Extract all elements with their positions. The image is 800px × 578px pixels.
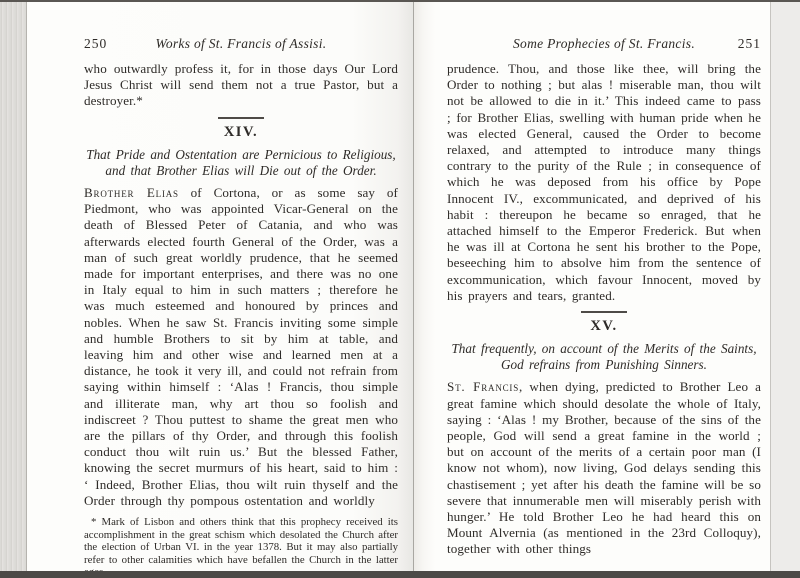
right-page-number: 251 — [717, 36, 761, 52]
chapter-number-xiv: XIV. — [84, 124, 398, 141]
book-scan-spread: 250 Works of St. Francis of Assisi. who … — [0, 0, 800, 578]
left-page-header: 250 Works of St. Francis of Assisi. — [84, 36, 398, 52]
left-page-column: 250 Works of St. Francis of Assisi. who … — [84, 36, 398, 578]
scan-bottom-edge — [0, 571, 800, 578]
chapter-number-xv: XV. — [447, 318, 761, 335]
section-divider-rule — [218, 117, 264, 119]
chapter-xiv-lead-words: Brother Elias — [84, 185, 179, 200]
chapter-xiv-title: That Pride and Ostentation are Perniciou… — [84, 147, 398, 179]
footnote: * Mark of Lisbon and others think that t… — [84, 516, 398, 578]
chapter-xiv-body-text: of Cortona, or as some say of Piedmont, … — [84, 185, 398, 508]
right-page: Some Prophecies of St. Francis. 251 prud… — [413, 2, 770, 571]
left-page: 250 Works of St. Francis of Assisi. who … — [27, 2, 413, 571]
left-intro-paragraph: who outwardly profess it, for in those d… — [84, 61, 398, 110]
scan-background-right — [770, 2, 800, 571]
chapter-xv-body: St. Francis, when dying, predicted to Br… — [447, 379, 761, 557]
chapter-xv-body-text: , when dying, predicted to Brother Leo a… — [447, 379, 761, 556]
scan-top-edge — [0, 0, 800, 2]
right-page-header: Some Prophecies of St. Francis. 251 — [447, 36, 761, 52]
page-edge-stripes — [0, 0, 27, 578]
left-page-number: 250 — [84, 36, 128, 52]
chapter-xv-lead-words: St. Francis — [447, 379, 519, 394]
right-running-title: Some Prophecies of St. Francis. — [491, 36, 717, 52]
right-page-column: Some Prophecies of St. Francis. 251 prud… — [447, 36, 761, 558]
right-continuation-paragraph: prudence. Thou, and those like thee, wil… — [447, 61, 761, 304]
chapter-xv-title: That frequently, on account of the Merit… — [447, 341, 761, 373]
section-divider-rule — [581, 311, 627, 313]
chapter-xiv-body: Brother Elias of Cortona, or as some say… — [84, 185, 398, 509]
left-running-title: Works of St. Francis of Assisi. — [128, 36, 354, 52]
